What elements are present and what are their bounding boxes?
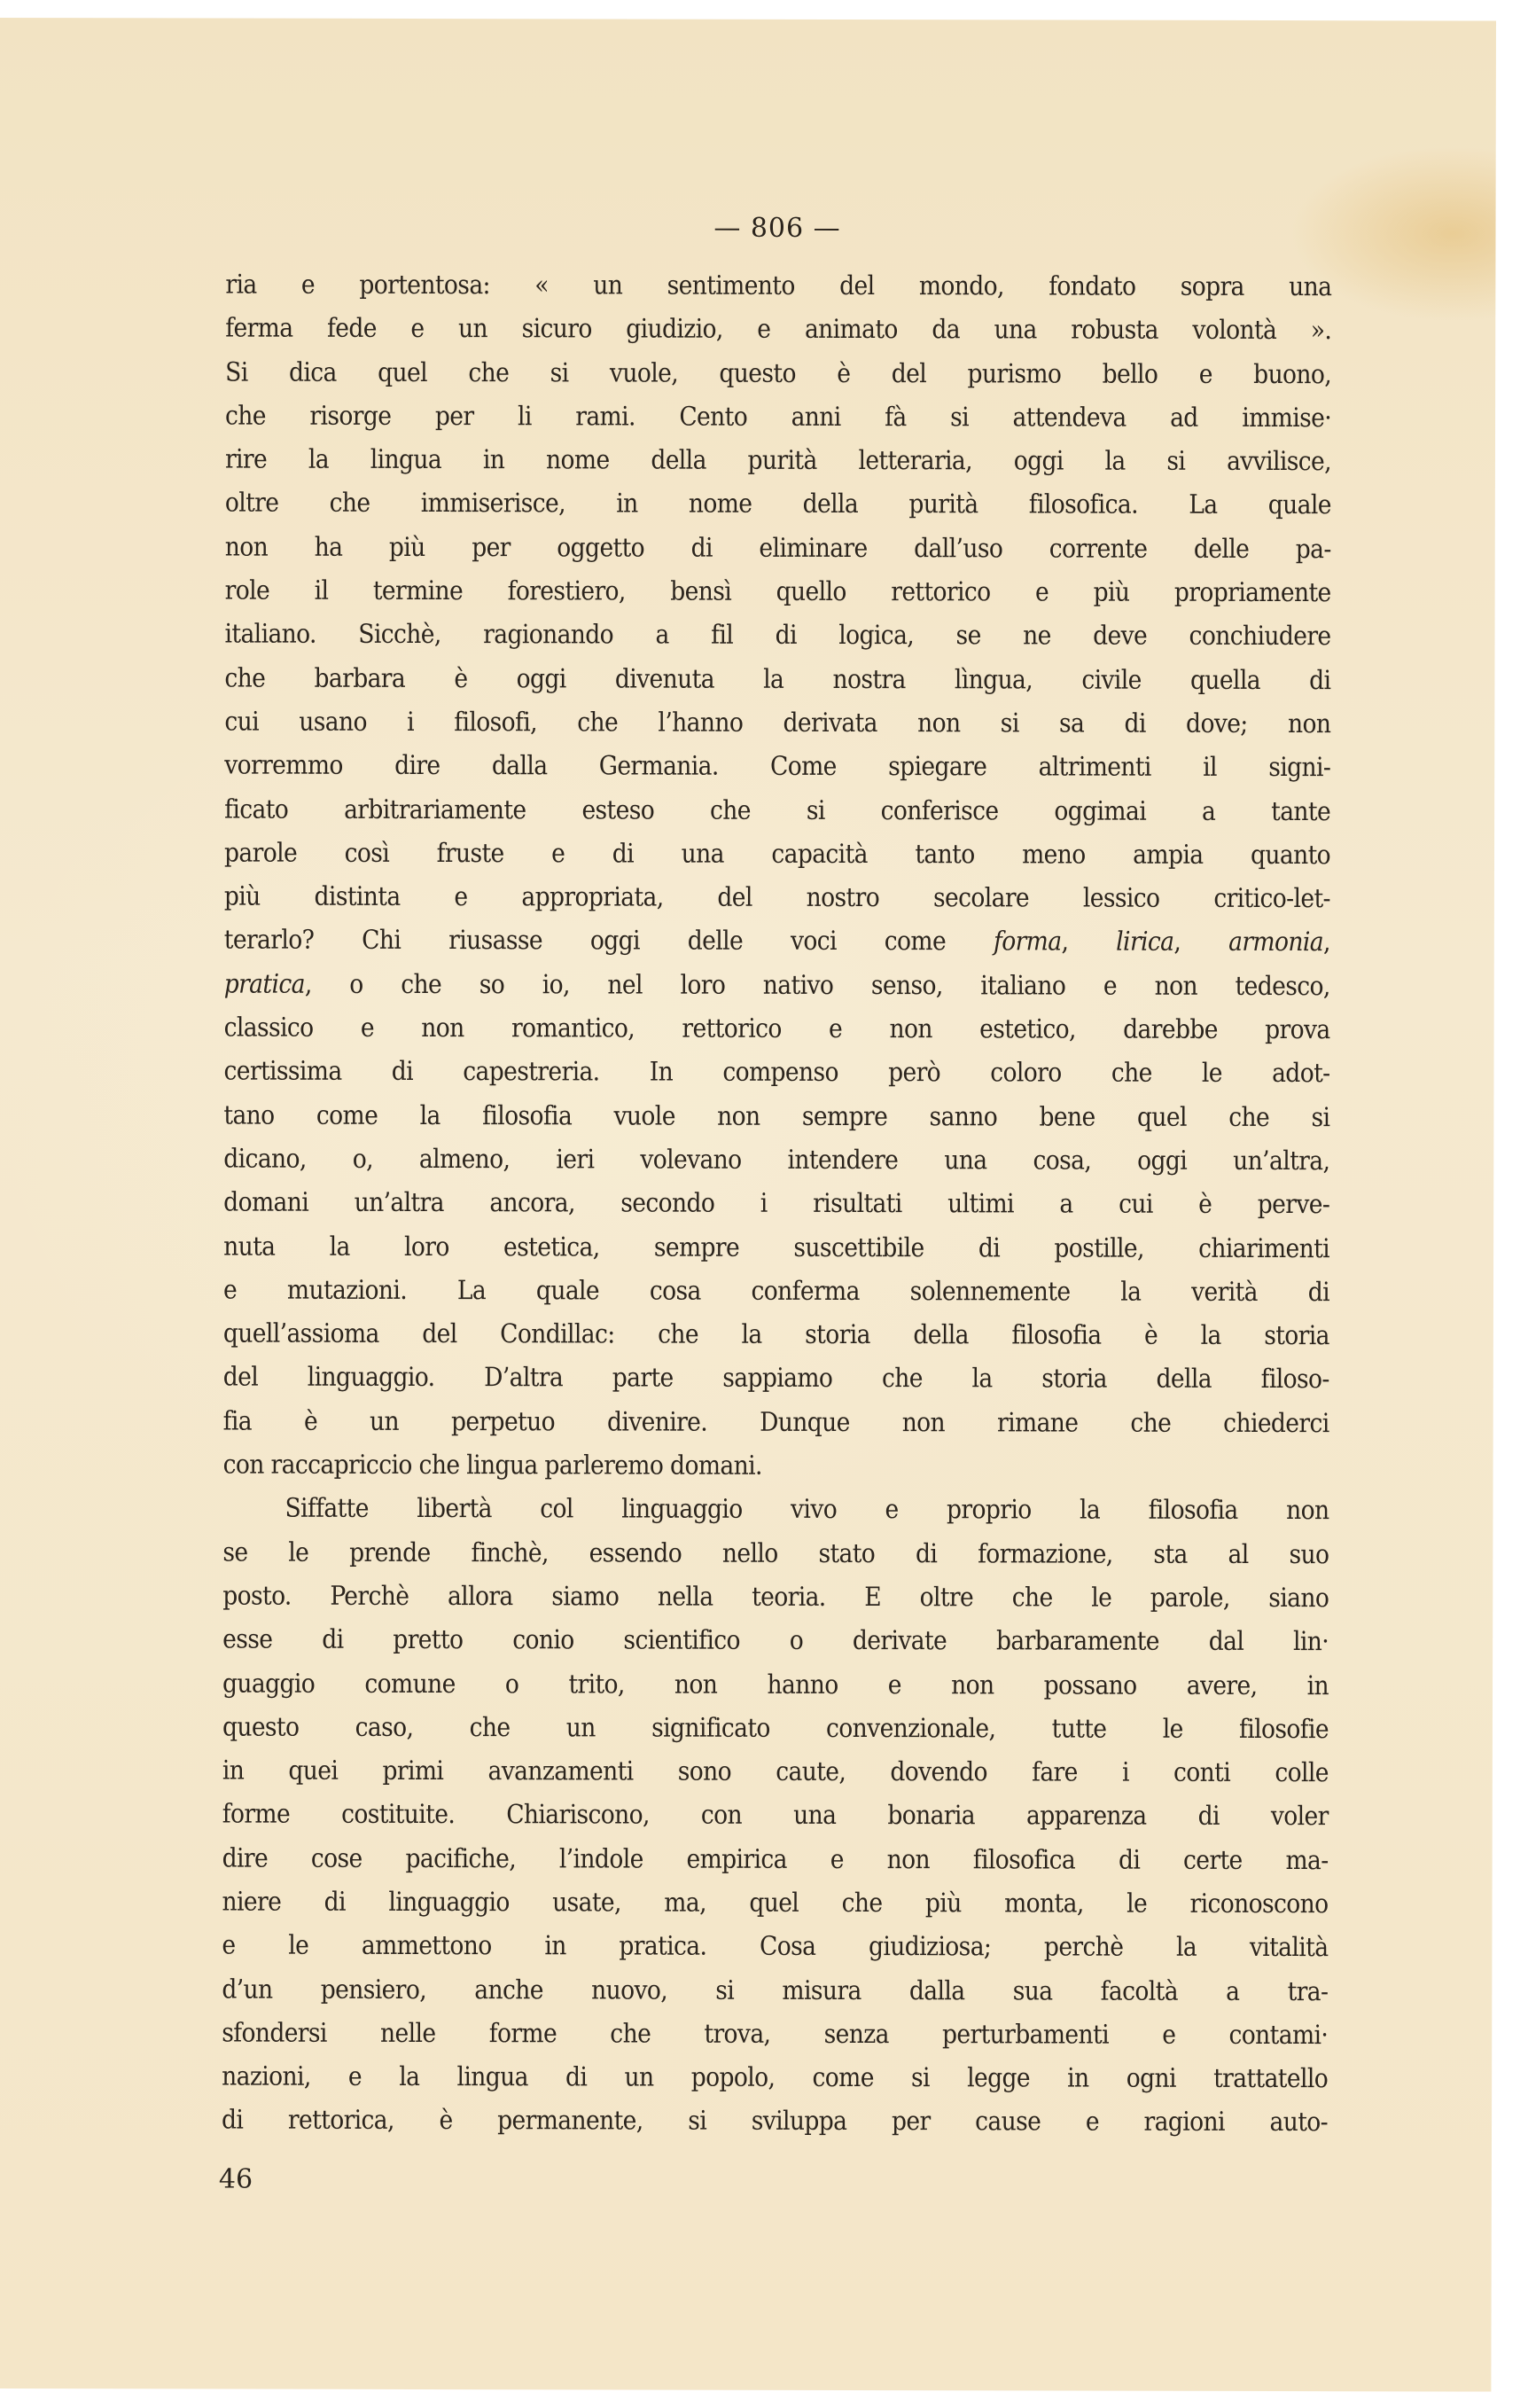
text-line: classico e non romantico, rettorico e no… bbox=[224, 1006, 1330, 1052]
text-line: certissima di capestreria. In compenso p… bbox=[223, 1050, 1329, 1096]
text-line: forme costituite. Chiariscono, con una b… bbox=[222, 1793, 1329, 1839]
text-line: Si dica quel che si vuole, questo è del … bbox=[225, 350, 1331, 396]
text-line: tano come la filosofia vuole non sempre … bbox=[223, 1093, 1329, 1139]
text-line: in quei primi avanzamenti sono caute, do… bbox=[222, 1749, 1329, 1795]
text-line: e mutazioni. La quale cosa conferma sole… bbox=[223, 1268, 1329, 1314]
scanned-page: — 806 — ria e portentosa: « un sentiment… bbox=[0, 18, 1496, 2392]
text-line-paragraph-start: Siffatte libertà col linguaggio vivo e p… bbox=[222, 1487, 1329, 1533]
text-line-with-italics: terarlo? Chi riusasse oggi delle voci co… bbox=[224, 919, 1330, 965]
text-line: niere di linguaggio usate, ma, quel che … bbox=[222, 1880, 1328, 1927]
text-line: nazioni, e la lingua di un popolo, come … bbox=[222, 2055, 1328, 2101]
signature-mark: 46 bbox=[219, 2164, 253, 2195]
text-run: , bbox=[1323, 927, 1330, 958]
page-header-number: — 806 — bbox=[0, 211, 1528, 246]
text-line: ria e portentosa: « un sentimento del mo… bbox=[225, 263, 1331, 309]
text-line: di rettorica, è permanente, si sviluppa … bbox=[222, 2099, 1328, 2145]
text-line: questo caso, che un significato convenzi… bbox=[222, 1705, 1329, 1751]
text-line: ferma fede e un sicuro giudizio, e anima… bbox=[225, 307, 1331, 353]
italic-term-forma: forma bbox=[994, 926, 1062, 957]
text-line: cui usano i filosofi, che l’hanno deriva… bbox=[224, 700, 1330, 747]
text-line: esse di pretto conio scientifico o deriv… bbox=[222, 1618, 1329, 1664]
text-line: rire la lingua in nome della purità lett… bbox=[225, 438, 1331, 484]
text-line: parole così fruste e di una capacità tan… bbox=[224, 831, 1330, 877]
text-line: che risorge per li rami. Cento anni fà s… bbox=[225, 394, 1331, 440]
text-line: dire cose pacifiche, l’indole empirica e… bbox=[222, 1836, 1329, 1882]
text-line: d’un pensiero, anche nuovo, si misura da… bbox=[222, 1967, 1328, 2013]
text-line: fia è un perpetuo divenire. Dunque non r… bbox=[223, 1399, 1329, 1445]
text-line: non ha più per oggetto di eliminare dall… bbox=[225, 525, 1331, 571]
body-text: ria e portentosa: « un sentimento del mo… bbox=[222, 263, 1331, 2145]
text-line-with-italics: pratica, o che so io, nel loro nativo se… bbox=[224, 962, 1330, 1008]
text-line: role il termine forestiero, bensì quello… bbox=[225, 569, 1331, 615]
text-line: quell’assioma del Condillac: che la stor… bbox=[223, 1312, 1329, 1358]
text-run: , o che so io, nel loro nativo senso, it… bbox=[305, 968, 1330, 1000]
text-line: sfondersi nelle forme che trova, senza p… bbox=[222, 2011, 1328, 2057]
italic-term-pratica: pratica bbox=[224, 968, 305, 998]
text-run: , bbox=[1173, 926, 1228, 957]
text-line: del linguaggio. D’altra parte sappiamo c… bbox=[223, 1356, 1329, 1402]
text-line: guaggio comune o trito, non hanno e non … bbox=[222, 1661, 1329, 1708]
italic-term-lirica: lirica bbox=[1116, 926, 1173, 957]
text-line: che barbara è oggi divenuta la nostra lì… bbox=[224, 656, 1330, 702]
text-line: più distinta e appropriata, del nostro s… bbox=[224, 875, 1330, 921]
text-line: e le ammettono in pratica. Cosa giudizio… bbox=[222, 1924, 1328, 1970]
text-line: vorremmo dire dalla Germania. Come spieg… bbox=[224, 744, 1330, 790]
text-line: dicano, o, almeno, ieri volevano intende… bbox=[223, 1137, 1329, 1183]
text-line: oltre che immiserisce, in nome della pur… bbox=[225, 481, 1331, 528]
text-run: , bbox=[1061, 926, 1116, 957]
text-run: terarlo? Chi riusasse oggi delle voci co… bbox=[224, 925, 994, 957]
text-line: italiano. Sicchè, ragionando a fil di lo… bbox=[224, 613, 1330, 659]
italic-term-armonia: armonia bbox=[1228, 926, 1323, 957]
text-line-paragraph-end: con raccapriccio che lingua parleremo do… bbox=[223, 1443, 1329, 1489]
text-line: nuta la loro estetica, sempre suscettibi… bbox=[223, 1224, 1329, 1270]
text-line: ficato arbitrariamente esteso che si con… bbox=[224, 787, 1330, 833]
text-line: posto. Perchè allora siamo nella teoria.… bbox=[222, 1574, 1329, 1620]
text-line: domani un’altra ancora, secondo i risult… bbox=[223, 1181, 1329, 1227]
text-line: se le prende finchè, essendo nello stato… bbox=[222, 1530, 1329, 1576]
